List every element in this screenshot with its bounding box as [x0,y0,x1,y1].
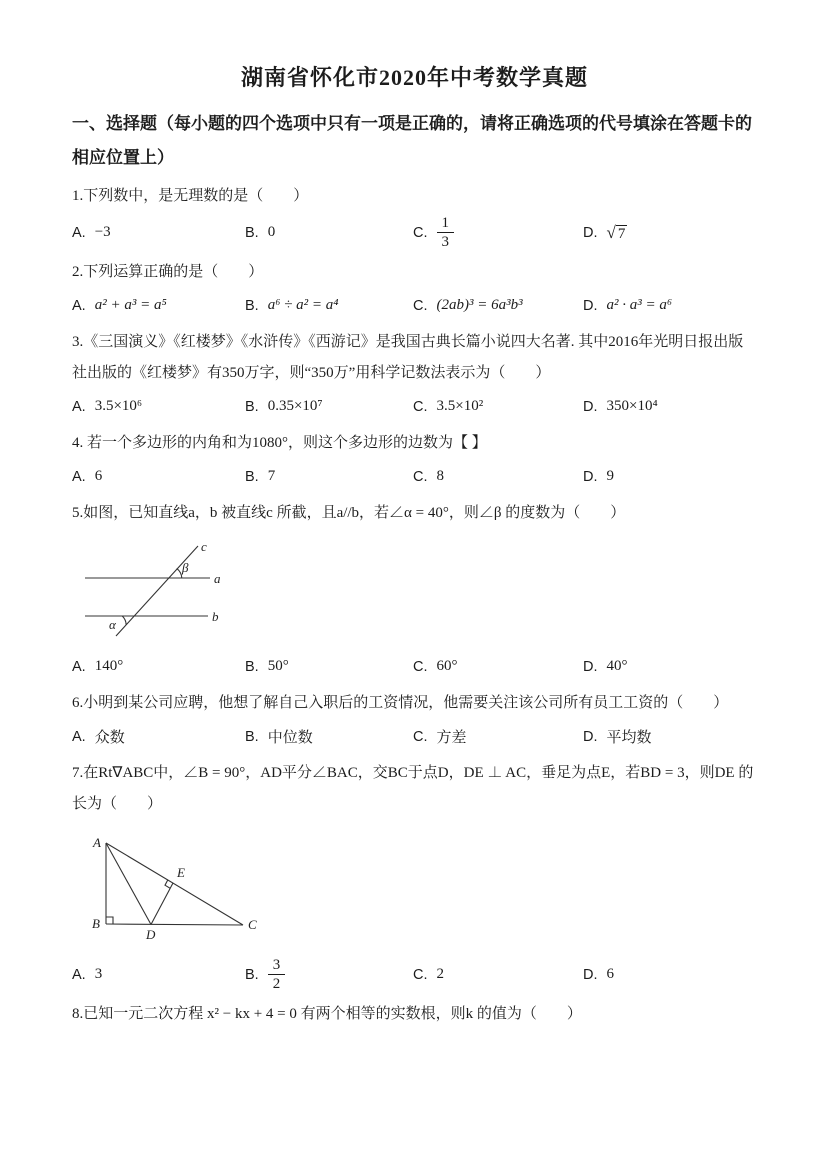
label-line-b: b [212,609,219,624]
square-root-value: √7 [607,223,628,243]
option-a: A. 3.5×10⁶ [72,398,245,415]
option-label: C. [413,225,428,241]
segment-ad [106,843,151,925]
option-label: D. [583,967,598,983]
option-c: C. 60° [413,658,583,675]
fraction-denominator: 3 [437,232,455,251]
question-5-stem: 5.如图，已知直线a，b 被直线c 所截，且a//b，若∠α = 40°，则∠β… [72,498,757,529]
question-5: 5.如图，已知直线a，b 被直线c 所截，且a//b，若∠α = 40°，则∠β… [72,498,757,682]
question-2-options: A. a² + a³ = a⁵ B. a⁶ ÷ a² = a⁴ C. (2ab)… [72,290,757,321]
option-c: C. 8 [413,468,583,485]
exam-document-page: 湖南省怀化市2020年中考数学真题 一、选择题（每小题的四个选项中只有一项是正确… [0,0,827,1169]
option-c: C. (2ab)³ = 6a³b³ [413,297,583,314]
radicand: 7 [616,225,628,242]
option-value: a⁶ ÷ a² = a⁴ [268,297,339,314]
question-6-stem: 6.小明到某公司应聘，他想了解自己入职后的工资情况，他需要关注该公司所有员工工资… [72,688,757,719]
section-header: 一、选择题（每小题的四个选项中只有一项是正确的，请将正确选项的代号填涂在答题卡的… [72,107,757,175]
option-label: D. [583,298,598,314]
question-8-stem: 8.已知一元二次方程 x² − kx + 4 = 0 有两个相等的实数根，则k … [72,999,757,1030]
option-label: A. [72,967,86,983]
option-d: D. 350×10⁴ [583,398,757,415]
label-line-a: a [214,571,221,586]
page-title: 湖南省怀化市2020年中考数学真题 [72,0,757,94]
alpha-angle-arc [122,616,126,625]
option-value: 7 [268,468,276,485]
option-label: B. [245,399,259,415]
side-ac [106,843,243,925]
question-1: 1.下列数中，是无理数的是（ ） A. −3 B. 0 C. 1 3 [72,181,757,251]
option-a: A. 3 [72,966,245,983]
segment-de [151,883,173,925]
question-7: 7.在Rt∇ABC中，∠B = 90°，AD平分∠BAC，交BC于点D，DE ⊥… [72,758,757,993]
option-label: C. [413,967,428,983]
label-line-c: c [201,539,207,554]
option-a: A. −3 [72,224,245,241]
option-value: 方差 [437,726,467,747]
fraction-value: 3 2 [268,956,286,993]
option-a: A. 众数 [72,726,245,747]
option-label: D. [583,659,598,675]
option-value: −3 [95,224,111,241]
option-label: D. [583,469,598,485]
question-6-options: A. 众数 B. 中位数 C. 方差 D. 平均数 [72,721,757,752]
right-angle-marker-b [106,917,113,924]
parallel-lines-diagram: a b c β α [85,539,245,647]
option-a: A. 6 [72,468,245,485]
option-b: B. 3 2 [245,956,413,993]
option-b: B. 0 [245,224,413,241]
option-b: B. 中位数 [245,726,413,747]
option-value: 众数 [95,726,125,747]
option-value: 9 [607,468,615,485]
question-1-options: A. −3 B. 0 C. 1 3 D. √7 [72,214,757,251]
option-b: B. 50° [245,658,413,675]
option-label: C. [413,399,428,415]
question-8: 8.已知一元二次方程 x² − kx + 4 = 0 有两个相等的实数根，则k … [72,999,757,1030]
option-a: A. 140° [72,658,245,675]
question-5-options: A. 140° B. 50° C. 60° D. 40° [72,651,757,682]
question-4-stem: 4. 若一个多边形的内角和为1080°，则这个多边形的边数为【 】 [72,428,757,459]
option-label: C. [413,469,428,485]
option-label: B. [245,729,259,745]
option-d: D. 平均数 [583,726,757,747]
option-c: C. 2 [413,966,583,983]
option-d: D. √7 [583,223,757,243]
option-value: 2 [437,966,445,983]
option-label: A. [72,659,86,675]
option-label: B. [245,469,259,485]
option-value: 6 [607,966,615,983]
option-value: 3 [95,966,103,983]
option-value: a² · a³ = a⁶ [607,297,673,314]
option-label: A. [72,225,86,241]
right-triangle-diagram: A B C D E [85,832,265,952]
option-value: 60° [437,658,458,675]
question-4-options: A. 6 B. 7 C. 8 D. 9 [72,461,757,492]
option-d: D. 40° [583,658,757,675]
option-c: C. 3.5×10² [413,398,583,415]
option-label: D. [583,225,598,241]
label-vertex-b: B [92,916,100,931]
option-label: C. [413,659,428,675]
option-label: A. [72,298,86,314]
radical-sign: √ [607,223,616,242]
question-3-stem: 3.《三国演义》《红楼梦》《水浒传》《西游记》是我国古典长篇小说四大名著. 其中… [72,327,757,389]
option-value: 3.5×10⁶ [95,398,142,415]
label-alpha-angle: α [109,617,117,632]
option-label: B. [245,659,259,675]
option-c: C. 方差 [413,726,583,747]
fraction-value: 1 3 [437,214,455,251]
question-2: 2.下列运算正确的是（ ） A. a² + a³ = a⁵ B. a⁶ ÷ a²… [72,257,757,321]
option-label: D. [583,399,598,415]
fraction-denominator: 2 [268,974,286,993]
option-label: B. [245,967,259,983]
question-1-stem: 1.下列数中，是无理数的是（ ） [72,181,757,212]
option-b: B. a⁶ ÷ a² = a⁴ [245,297,413,314]
option-value: 40° [607,658,628,675]
option-d: D. a² · a³ = a⁶ [583,297,757,314]
side-bc [106,924,243,925]
option-d: D. 9 [583,468,757,485]
option-value: 0.35×10⁷ [268,398,323,415]
option-value: 140° [95,658,124,675]
question-4: 4. 若一个多边形的内角和为1080°，则这个多边形的边数为【 】 A. 6 B… [72,428,757,492]
option-b: B. 7 [245,468,413,485]
label-point-d: D [145,927,156,942]
label-beta-angle: β [181,560,189,575]
option-label: C. [413,729,428,745]
fraction-numerator: 3 [268,956,286,974]
option-label: C. [413,298,428,314]
option-value: 50° [268,658,289,675]
label-vertex-c: C [248,917,257,932]
option-c: C. 1 3 [413,214,583,251]
option-value: (2ab)³ = 6a³b³ [437,297,523,314]
option-value: 350×10⁴ [607,398,658,415]
question-7-options: A. 3 B. 3 2 C. 2 D. 6 [72,956,757,993]
option-label: A. [72,729,86,745]
option-label: B. [245,298,259,314]
option-value: 6 [95,468,103,485]
option-value: 0 [268,224,276,241]
option-value: 8 [437,468,445,485]
option-label: A. [72,399,86,415]
question-3-options: A. 3.5×10⁶ B. 0.35×10⁷ C. 3.5×10² D. 350… [72,391,757,422]
option-d: D. 6 [583,966,757,983]
option-value: a² + a³ = a⁵ [95,297,167,314]
label-vertex-a: A [92,835,101,850]
fraction-numerator: 1 [437,214,455,232]
option-value: 平均数 [607,726,652,747]
option-label: B. [245,225,259,241]
option-b: B. 0.35×10⁷ [245,398,413,415]
option-value: 3.5×10² [437,398,484,415]
label-point-e: E [176,865,185,880]
question-7-stem: 7.在Rt∇ABC中，∠B = 90°，AD平分∠BAC，交BC于点D，DE ⊥… [72,758,757,820]
question-2-stem: 2.下列运算正确的是（ ） [72,257,757,288]
option-label: A. [72,469,86,485]
option-value: 中位数 [268,726,313,747]
question-3: 3.《三国演义》《红楼梦》《水浒传》《西游记》是我国古典长篇小说四大名著. 其中… [72,327,757,422]
question-6: 6.小明到某公司应聘，他想了解自己入职后的工资情况，他需要关注该公司所有员工工资… [72,688,757,752]
option-a: A. a² + a³ = a⁵ [72,297,245,314]
option-label: D. [583,729,598,745]
